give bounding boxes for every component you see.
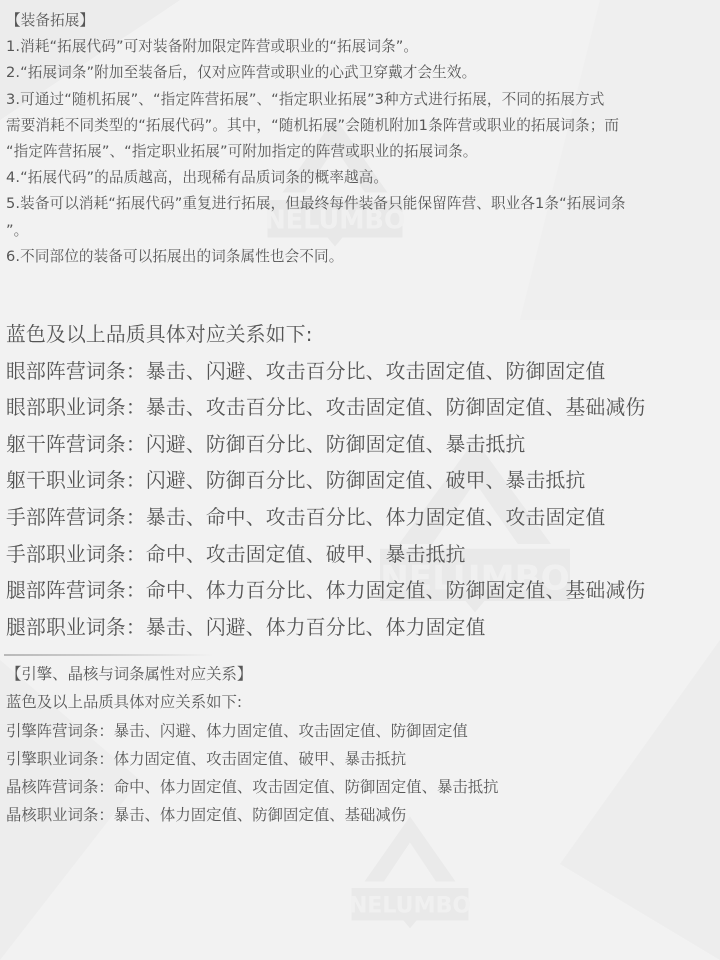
affix-label: 腿部职业词条： (6, 616, 146, 639)
affix-label: 引擎职业词条： (6, 750, 114, 768)
affix-values: 命中、体力百分比、体力固定值、防御固定值、基础减伤 (146, 579, 646, 602)
affix-values: 闪避、防御百分比、防御固定值、暴击抵抗 (146, 433, 526, 456)
equipment-extension-section: 【装备拓展】 1.消耗“拓展代码”可对装备附加限定阵营或职业的“拓展词条”。 2… (6, 8, 714, 270)
affix-values: 暴击、命中、攻击百分比、体力固定值、攻击固定值 (146, 506, 606, 529)
document-page: NELUMBO NELUMBO NELUMBO 【装备拓展】 1.消耗“拓展代码… (0, 0, 720, 960)
svg-text:NELUMBO: NELUMBO (349, 893, 471, 919)
rule-item: 4.“拓展代码”的品质越高，出现稀有品质词条的概率越高。 (6, 165, 714, 191)
section-intro: 蓝色及以上品质具体对应关系如下: (6, 317, 720, 354)
affix-row: 躯干阵营词条：闪避、防御百分比、防御固定值、暴击抵抗 (6, 427, 720, 464)
rule-item: 6.不同部位的装备可以拓展出的词条属性也会不同。 (6, 244, 714, 270)
section-intro: 蓝色及以上品质具体对应关系如下: (6, 688, 720, 716)
affix-label: 眼部阵营词条： (6, 360, 146, 383)
affix-values: 闪避、防御百分比、防御固定值、破甲、暴击抵抗 (146, 469, 586, 492)
affix-label: 躯干阵营词条： (6, 433, 146, 456)
affix-row: 腿部阵营词条：命中、体力百分比、体力固定值、防御固定值、基础减伤 (6, 573, 720, 610)
affix-values: 命中、攻击固定值、破甲、暴击抵抗 (146, 543, 466, 566)
affix-label: 晶核阵营词条： (6, 778, 114, 796)
affix-row: 腿部职业词条：暴击、闪避、体力百分比、体力固定值 (6, 610, 720, 647)
affix-row: 眼部阵营词条：暴击、闪避、攻击百分比、攻击固定值、防御固定值 (6, 354, 720, 391)
affix-label: 腿部阵营词条： (6, 579, 146, 602)
affix-row: 手部职业词条：命中、攻击固定值、破甲、暴击抵抗 (6, 537, 720, 574)
rule-item: ”。 (6, 218, 714, 244)
affix-label: 眼部职业词条： (6, 396, 146, 419)
affix-values: 暴击、闪避、体力百分比、体力固定值 (146, 616, 486, 639)
affix-values: 暴击、体力固定值、防御固定值、基础减伤 (114, 806, 406, 824)
affix-row: 晶核职业词条：暴击、体力固定值、防御固定值、基础减伤 (6, 801, 720, 829)
gear-affix-section: 蓝色及以上品质具体对应关系如下: 眼部阵营词条：暴击、闪避、攻击百分比、攻击固定… (6, 317, 720, 646)
section-divider (4, 654, 214, 656)
affix-row: 引擎职业词条：体力固定值、攻击固定值、破甲、暴击抵抗 (6, 745, 720, 773)
affix-values: 暴击、攻击百分比、攻击固定值、防御固定值、基础减伤 (146, 396, 646, 419)
affix-label: 引擎阵营词条： (6, 722, 114, 740)
rule-item: 需要消耗不同类型的“拓展代码”。其中，“随机拓展”会随机附加1条阵营或职业的拓展… (6, 113, 714, 139)
rule-item: 5.装备可以消耗“拓展代码”重复进行拓展，但最终每件装备只能保留阵营、职业各1条… (6, 191, 714, 217)
rule-item: 2.“拓展词条”附加至装备后，仅对应阵营或职业的心武卫穿戴才会生效。 (6, 60, 714, 86)
affix-label: 手部职业词条： (6, 543, 146, 566)
affix-row: 眼部职业词条：暴击、攻击百分比、攻击固定值、防御固定值、基础减伤 (6, 390, 720, 427)
rule-item: “指定阵营拓展”、“指定职业拓展”可附加指定的阵营或职业的拓展词条。 (6, 139, 714, 165)
engine-core-affix-section: 【引擎、晶核与词条属性对应关系】 蓝色及以上品质具体对应关系如下: 引擎阵营词条… (6, 660, 720, 830)
affix-label: 手部阵营词条： (6, 506, 146, 529)
rule-item: 3.可通过“随机拓展”、“指定阵营拓展”、“指定职业拓展”3种方式进行拓展，不同… (6, 87, 714, 113)
affix-row: 晶核阵营词条：命中、体力固定值、攻击固定值、防御固定值、暴击抵抗 (6, 773, 720, 801)
affix-values: 体力固定值、攻击固定值、破甲、暴击抵抗 (114, 750, 406, 768)
affix-values: 暴击、闪避、体力固定值、攻击固定值、防御固定值 (114, 722, 468, 740)
affix-label: 躯干职业词条： (6, 469, 146, 492)
rule-item: 1.消耗“拓展代码”可对装备附加限定阵营或职业的“拓展词条”。 (6, 34, 714, 60)
affix-row: 躯干职业词条：闪避、防御百分比、防御固定值、破甲、暴击抵抗 (6, 463, 720, 500)
affix-values: 命中、体力固定值、攻击固定值、防御固定值、暴击抵抗 (114, 778, 499, 796)
section-heading: 【引擎、晶核与词条属性对应关系】 (6, 660, 720, 688)
affix-row: 手部阵营词条：暴击、命中、攻击百分比、体力固定值、攻击固定值 (6, 500, 720, 537)
affix-label: 晶核职业词条： (6, 806, 114, 824)
section-heading: 【装备拓展】 (6, 8, 714, 34)
affix-values: 暴击、闪避、攻击百分比、攻击固定值、防御固定值 (146, 360, 606, 383)
affix-row: 引擎阵营词条：暴击、闪避、体力固定值、攻击固定值、防御固定值 (6, 717, 720, 745)
